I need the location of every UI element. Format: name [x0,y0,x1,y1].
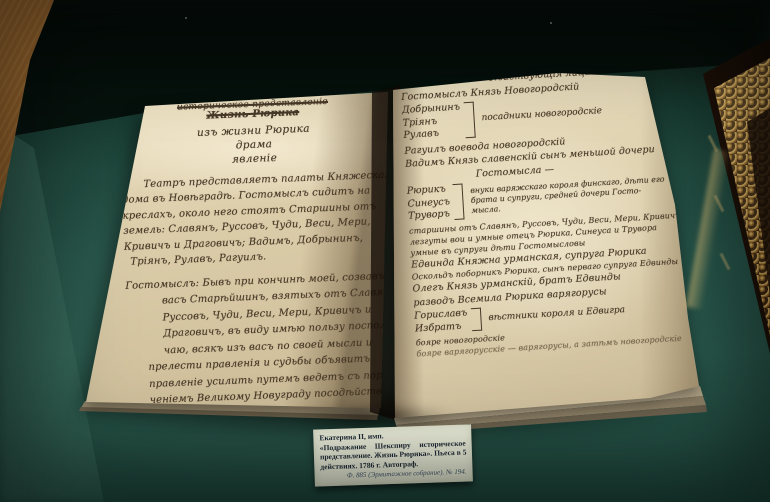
cast-group-note: внуки варяжскаго короля финскаго, дѣти е… [470,175,666,216]
cast-group-note: посадники новогородскіе [481,106,602,124]
label-card: Екатерина II, имп. «Подражание Шекспиру … [313,424,473,486]
brace-mark [471,308,482,332]
cast-name: Избратъ [415,320,469,336]
cast-name: Рулавъ [403,126,462,142]
cast-group-names: Добрынинъ Тріянъ Рулавъ [402,102,462,143]
cast-group-note: вѣстники короля и Едвигра [488,305,625,324]
cast-note-line: вѣстники короля и Едвигра [488,305,625,324]
display-case-photo: подражаніе Шекспируисторическое представ… [0,0,770,502]
cast-note-line: посадники новогородскіе [481,106,602,124]
brace-mark [464,102,476,138]
cast-group-names: Рюрикъ Синеусъ Труворъ [406,183,451,223]
cast-group-names: Гориславъ Избратъ [414,307,468,335]
brace-mark [453,183,465,219]
right-page-handwriting: дѣйствующія лица Гостомыслъ Князь Нового… [400,60,710,360]
cast-name: Труворъ [408,208,451,223]
